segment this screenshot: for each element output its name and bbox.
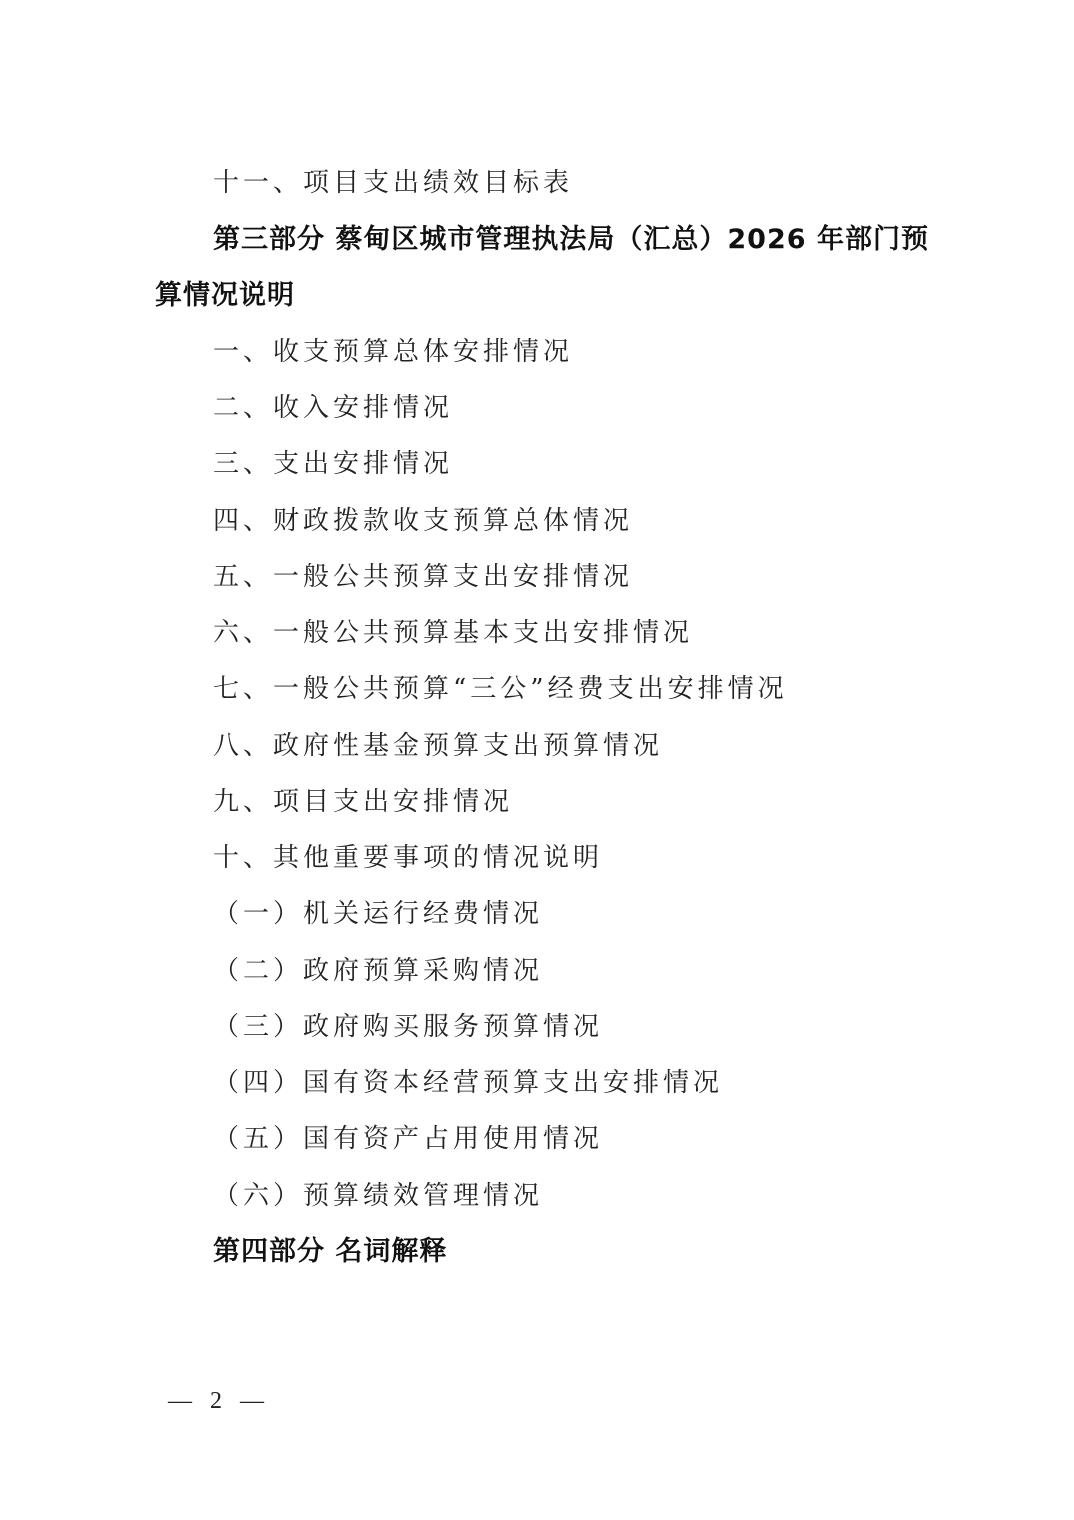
toc-subline-5: （五）国有资产占用使用情况: [213, 1124, 603, 1154]
toc-line-11: 十一、项目支出绩效目标表: [213, 168, 573, 198]
toc-line-7: 七、一般公共预算“三公”经费支出安排情况: [213, 674, 788, 704]
toc-line-6: 六、一般公共预算基本支出安排情况: [213, 618, 693, 648]
page-number: — 2 —: [168, 1388, 270, 1415]
toc-subline-2: （二）政府预算采购情况: [213, 956, 543, 986]
toc-line-4: 四、财政拨款收支预算总体情况: [213, 506, 633, 536]
toc-subline-1: （一）机关运行经费情况: [213, 899, 543, 929]
toc-line-1: 一、收支预算总体安排情况: [213, 337, 573, 367]
toc-subline-4: （四）国有资本经营预算支出安排情况: [213, 1068, 723, 1098]
toc-subline-3: （三）政府购买服务预算情况: [213, 1012, 603, 1042]
toc-line-10: 十、其他重要事项的情况说明: [213, 843, 603, 873]
part-three-heading-cont: 算情况说明: [155, 281, 295, 311]
toc-line-9: 九、项目支出安排情况: [213, 787, 513, 817]
part-three-heading: 第三部分 蔡甸区城市管理执法局（汇总）2026 年部门预: [213, 225, 929, 255]
part-four-heading: 第四部分 名词解释: [213, 1237, 447, 1267]
toc-line-5: 五、一般公共预算支出安排情况: [213, 562, 633, 592]
toc-subline-6: （六）预算绩效管理情况: [213, 1181, 543, 1211]
toc-line-2: 二、收入安排情况: [213, 393, 453, 423]
toc-line-3: 三、支出安排情况: [213, 449, 453, 479]
toc-line-8: 八、政府性基金预算支出预算情况: [213, 731, 663, 761]
